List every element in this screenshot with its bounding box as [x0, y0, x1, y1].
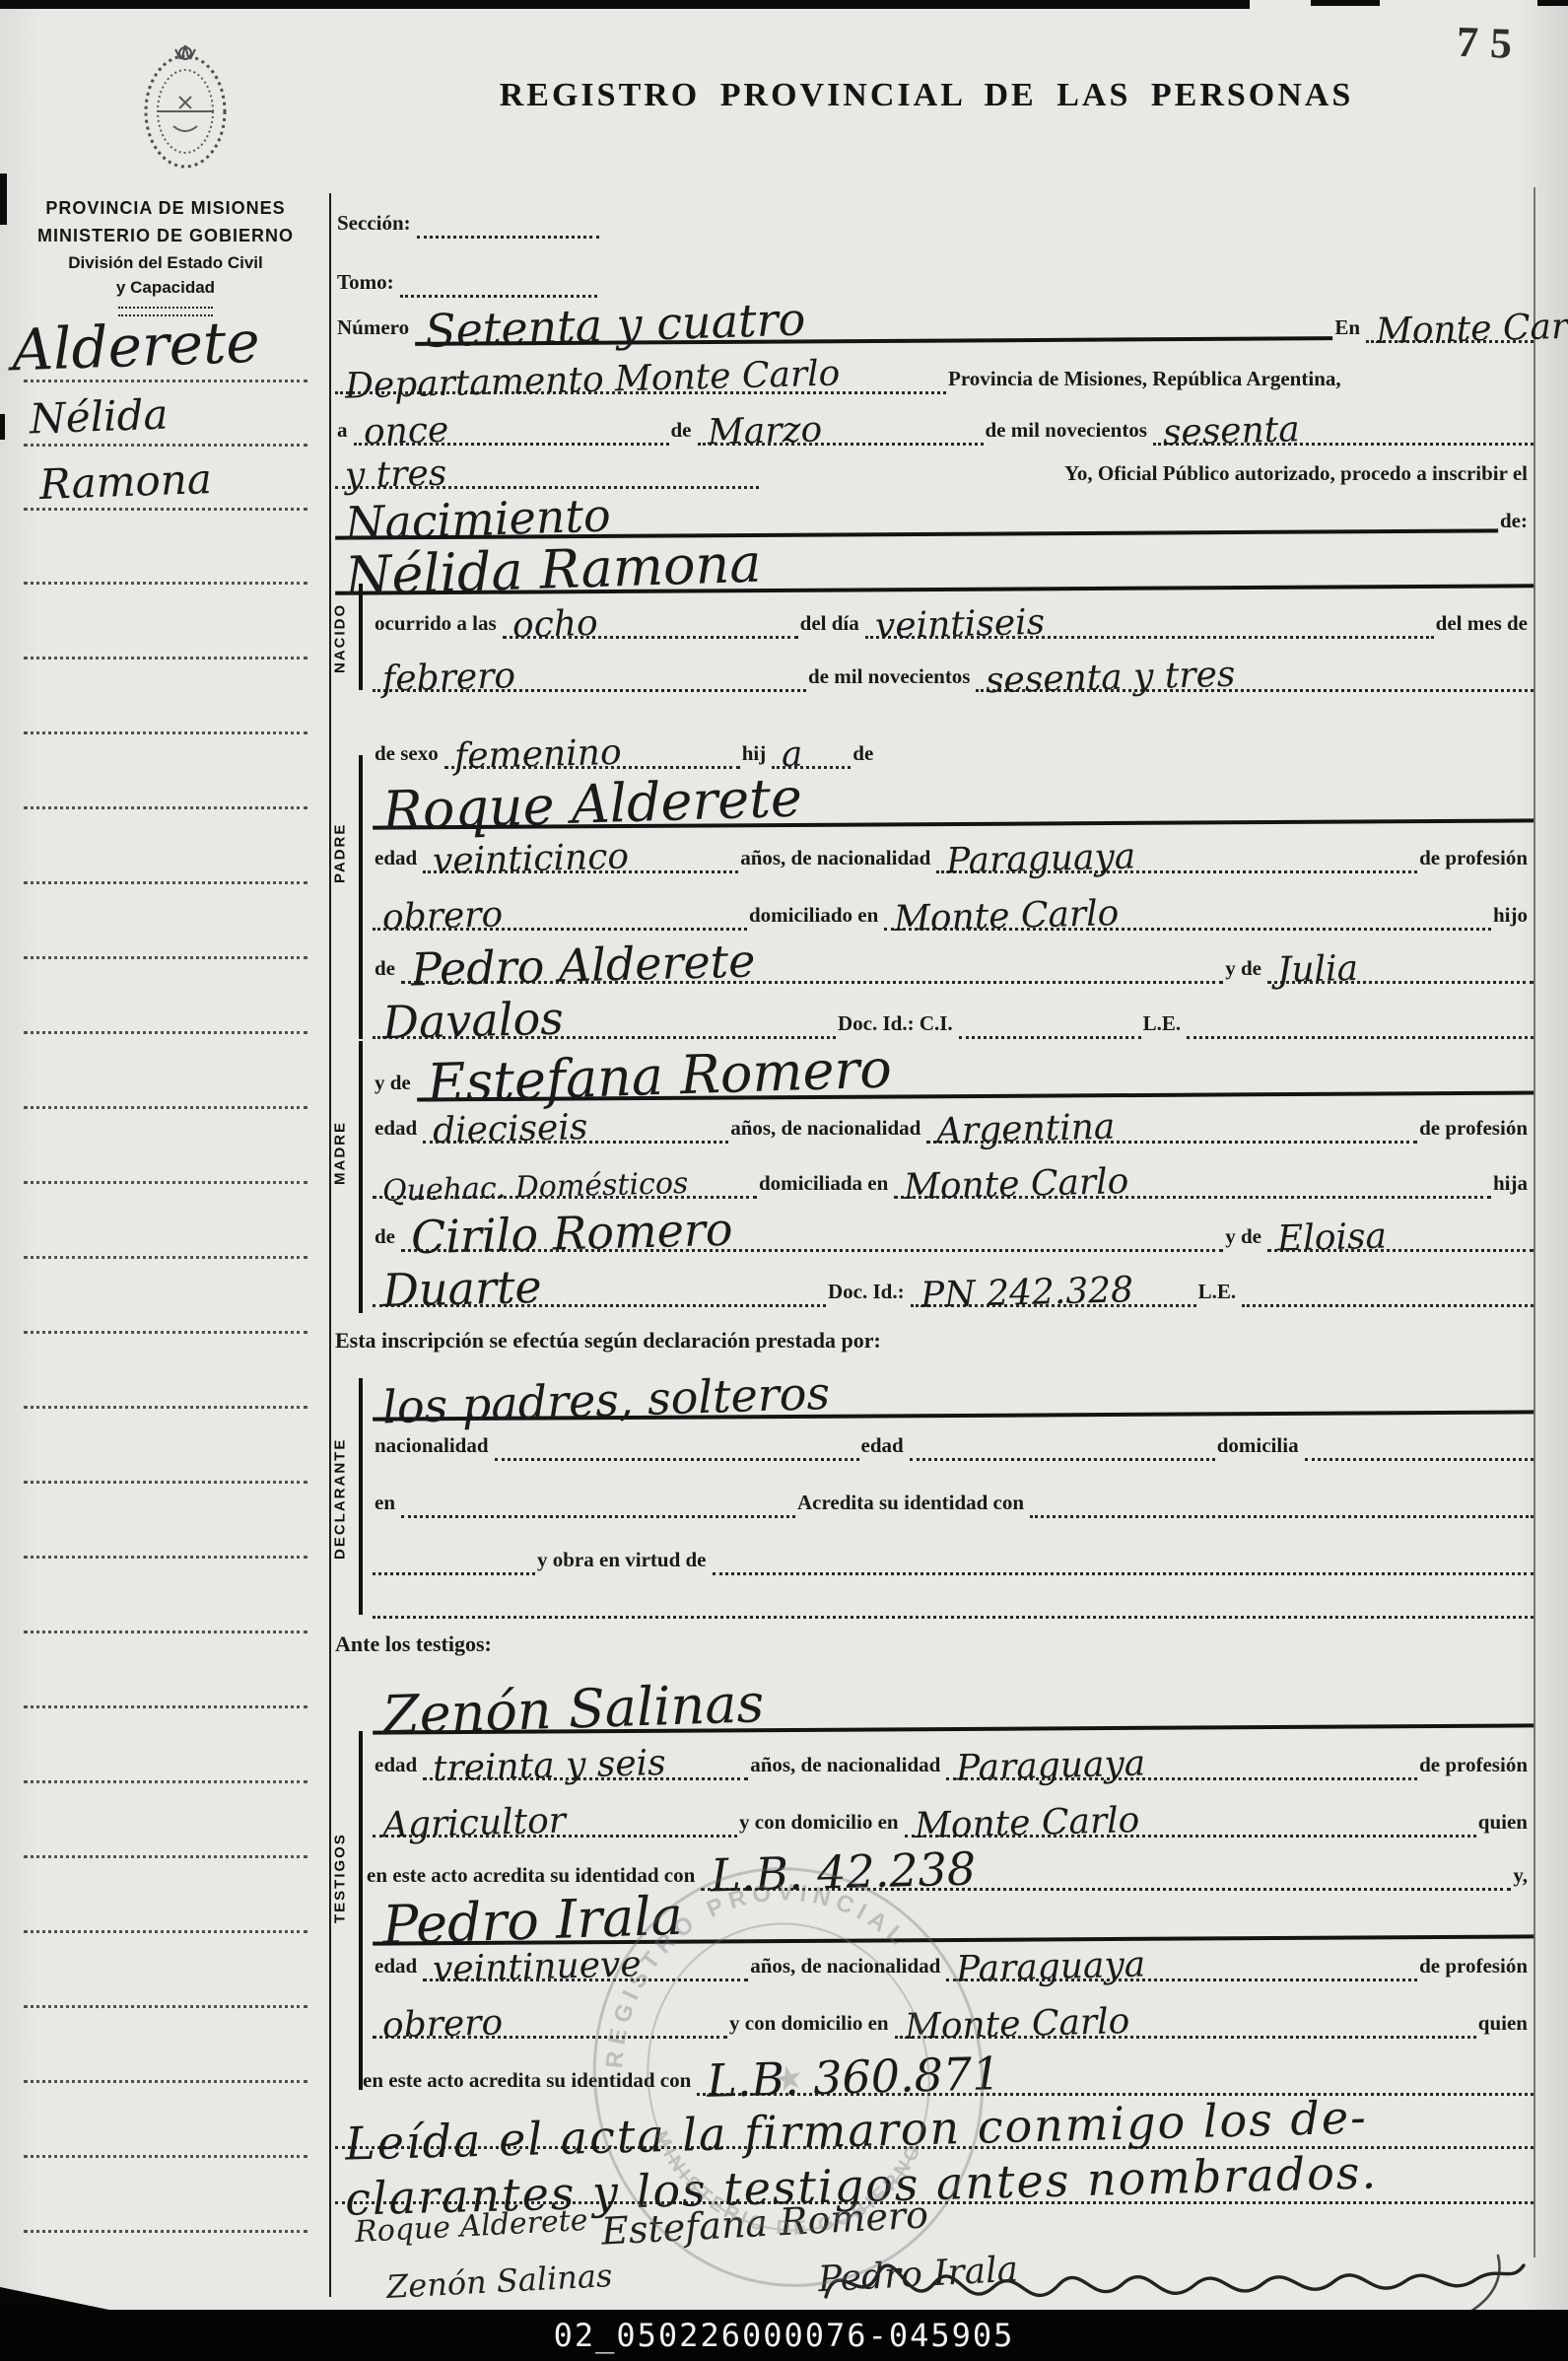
padre-nacionalidad-field: Paraguaya [936, 835, 1417, 873]
testigo1-edad-label: edad [373, 1753, 423, 1780]
testigo1-dom-field: Monte Carlo [905, 1799, 1476, 1838]
ocurrido-label: ocurrido a las [373, 611, 503, 639]
padre-nacionalidad-value: Paraguaya [946, 839, 1136, 879]
coat-of-arms-icon [136, 37, 235, 180]
mes-nac-field: febrero [373, 654, 806, 692]
margin-ruled-line [24, 582, 307, 585]
testigo1-nombre: Zenón Salinas [381, 1677, 765, 1742]
hij-suffix-field: a [772, 730, 851, 769]
abuelo-paterno-field: Pedro Alderete [401, 936, 1223, 984]
seccion-field [417, 228, 599, 239]
madre-doc-field: PN 242.328 [911, 1269, 1196, 1307]
section-label-padre: PADRE [328, 779, 352, 927]
madre-nacionalidad-value: Argentina [936, 1110, 1116, 1150]
division-line1: División del Estado Civil [18, 250, 313, 276]
de-label: de [669, 418, 698, 446]
seccion-label: Sección: [335, 211, 417, 239]
numero-field: Setenta y cuatro [415, 291, 1332, 346]
padre-edad-value: veinticinco [433, 839, 630, 879]
madre-hija-label: hija [1491, 1171, 1534, 1199]
footer-code-bar: 02_050226000076-045905 [0, 2310, 1568, 2361]
hora-field: ocho [503, 600, 798, 639]
en-value: Monte Carlo [1376, 309, 1568, 350]
abuela-materna-field-2: Duarte [373, 1259, 826, 1307]
padre-hijo-label: hijo [1491, 903, 1534, 931]
declarante-edad-label: edad [859, 1433, 910, 1461]
abuela-materna-value: Eloisa [1277, 1219, 1388, 1258]
section-bracket-padre [359, 755, 363, 1039]
padre-de-label: de [373, 956, 401, 984]
testigo1-prof-field: Agricultor [373, 1799, 737, 1838]
division-line2: y Capacidad [18, 275, 313, 301]
issuing-authority: PROVINCIA DE MISIONES MINISTERIO DE GOBI… [18, 195, 313, 316]
footer-code: 02_050226000076-045905 [554, 2317, 1015, 2354]
section-label-testigos: TESTIGOS [328, 1765, 352, 1991]
margin-ruled-line [24, 2155, 307, 2158]
margin-ruled-line [24, 2230, 307, 2233]
acredita-field [1030, 1507, 1534, 1518]
padre-profesion-value: obrero [382, 897, 504, 936]
margin-ruled-line [24, 508, 307, 511]
padre-domicilio-field: Monte Carlo [884, 892, 1491, 931]
testigos-intro-label: Ante los testigos: [333, 1632, 498, 1660]
abuelo-materno-value: Cirilo Romero [410, 1207, 733, 1261]
margin-given-name-2: Ramona [38, 458, 212, 506]
hora-value: ocho [511, 606, 598, 644]
section-bracket-madre [359, 1041, 363, 1313]
madre-profesion-value: Quehac. Domésticos [382, 1169, 689, 1207]
obra-label: y obra en virtud de [535, 1548, 713, 1575]
madre-nacionalidad-label: años, de nacionalidad [728, 1116, 926, 1144]
birth-certificate-scan: REGISTRO PROVINCIAL DE LAS PERSONAS 75 P… [0, 0, 1568, 2361]
anio-field: sesenta [1153, 407, 1534, 446]
stamp-star-icon: ★ [771, 2058, 808, 2101]
margin-ruled-line [24, 1106, 307, 1109]
margin-ruled-line [24, 1855, 307, 1858]
declarante-en-field [401, 1507, 795, 1518]
section-bracket-testigos [359, 1731, 363, 2090]
padre-domicilio-label: domiciliado en [747, 903, 884, 931]
padre-edad-field: veinticinco [423, 835, 738, 873]
padre-nacionalidad-label: años, de nacionalidad [738, 846, 936, 873]
margin-ruled-line [24, 1181, 307, 1184]
margin-surname: Alderete [11, 313, 260, 380]
margin-ruled-line [24, 956, 307, 959]
scan-edge-strip [1537, 0, 1568, 6]
madre-domicilio-value: Monte Carlo [904, 1164, 1129, 1206]
testigo1-nombre-field: Zenón Salinas [373, 1670, 1534, 1734]
margin-ruled-line [24, 1406, 307, 1409]
margin-ruled-line [24, 1631, 307, 1633]
signature-zenon-salinas: Zenón Salinas [385, 2259, 613, 2303]
scan-edge-strip [1311, 0, 1380, 6]
madre-domicilio-label: domiciliada en [757, 1171, 894, 1199]
dia-field: once [354, 407, 669, 446]
de-mil-label: de mil novecientos [984, 418, 1153, 446]
numero-value: Setenta y cuatro [425, 296, 806, 353]
obra-field [713, 1564, 1534, 1575]
declarante-en-label: en [373, 1491, 401, 1518]
testigo2-quien-label: quien [1476, 2011, 1534, 2039]
testigo1-edad-field: treinta y seis [423, 1742, 748, 1780]
testigo1-nac-label: años, de nacionalidad [748, 1753, 946, 1780]
abuela-materna-field: Eloisa [1267, 1214, 1534, 1252]
declarante-domicilia-label: domicilia [1215, 1433, 1305, 1461]
declarante-field: los padres, solteros [373, 1364, 1534, 1421]
padre-le-label: L.E. [1141, 1011, 1188, 1039]
abuelo-paterno-value: Pedro Alderete [410, 937, 755, 992]
form-right-rule [1534, 187, 1535, 2257]
testigo1-prof-value: Agricultor [382, 1804, 567, 1844]
sexo-field: femenino [444, 730, 740, 769]
margin-ruled-line [24, 1331, 307, 1334]
madre-de-label: de [373, 1224, 401, 1252]
madre-profesion-label: de profesión [1417, 1116, 1534, 1144]
dia-nac-field: veintiseis [865, 600, 1434, 639]
svg-text:MINISTERIO DE GOBIERNO: MINISTERIO DE GOBIERNO [648, 2076, 940, 2267]
ministry-name: MINISTERIO DE GOBIERNO [18, 223, 313, 250]
testigo1-edad-value: treinta y seis [433, 1746, 666, 1787]
page-number: 75 [1456, 17, 1525, 69]
margin-ruled-line [24, 380, 307, 382]
mes-nac-value: febrero [382, 659, 516, 698]
margin-ruled-line [24, 2005, 307, 2008]
testigo2-prof-label: de profesión [1417, 1954, 1534, 1981]
margin-ruled-line [24, 1256, 307, 1259]
margin-ruled-line [24, 2080, 307, 2083]
margin-ruled-line [24, 1481, 307, 1484]
margin-ruled-line [24, 1031, 307, 1034]
madre-doc-label: Doc. Id.: [826, 1280, 911, 1307]
margin-ruled-line [24, 1556, 307, 1559]
numero-label: Número [335, 315, 415, 343]
abuela-paterna-value: Julia [1277, 951, 1359, 989]
declarante-domicilia-field [1305, 1450, 1534, 1461]
madre-le-label: L.E. [1196, 1280, 1243, 1307]
anio-nac-field: sesenta y tres [976, 654, 1534, 692]
province-name: PROVINCIA DE MISIONES [18, 195, 313, 223]
margin-ruled-line [24, 806, 307, 809]
madre-le-field [1242, 1296, 1534, 1307]
madre-profesion-field: Quehac. Domésticos [373, 1166, 757, 1199]
testigo1-nac-field: Paraguaya [946, 1742, 1417, 1780]
departamento-field: Departamento Monte Carlo [335, 356, 946, 394]
margin-ruled-line [24, 731, 307, 734]
margin-ruled-line [24, 1780, 307, 1783]
testigo2-edad-label: edad [373, 1954, 423, 1981]
en-label: En [1332, 315, 1366, 343]
del-dia-label: del día [798, 611, 865, 639]
padre-doc-label: Doc. Id.: C.I. [836, 1011, 959, 1039]
en-field: Monte Carlo [1366, 305, 1534, 343]
testigo1-nac-value: Paraguaya [956, 1746, 1146, 1786]
declarante-extra-field [373, 1608, 1534, 1619]
abuela-materna-value-2: Duarte [381, 1264, 542, 1313]
margin-ruled-line [24, 1930, 307, 1933]
declarante-nacionalidad-label: nacionalidad [373, 1433, 495, 1461]
madre-nacionalidad-field: Argentina [926, 1105, 1417, 1144]
section-bracket-declarante [359, 1378, 363, 1615]
madre-intro-label: y de [373, 1071, 417, 1098]
provincia-label: Provincia de Misiones, República Argenti… [946, 367, 1347, 394]
anio-field-2: y tres [335, 451, 759, 489]
del-mes-label: del mes de [1434, 611, 1534, 639]
madre-nombre-field: Estefana Romero [417, 1038, 1534, 1102]
declarante-nacionalidad-field [495, 1450, 859, 1461]
abuela-paterna-field-2: Davalos [373, 991, 836, 1039]
padre-profesion-field: obrero [373, 892, 747, 931]
madre-edad-value: dieciseis [433, 1110, 588, 1149]
testigo1-quien-label: quien [1476, 1810, 1534, 1838]
page-title: REGISTRO PROVINCIAL DE LAS PERSONAS [414, 77, 1439, 114]
padre-y-de-label: y de [1223, 956, 1267, 984]
madre-domicilio-field: Monte Carlo [894, 1160, 1491, 1199]
abuela-paterna-field: Julia [1267, 945, 1534, 984]
testigo1-prof-label: de profesión [1417, 1753, 1534, 1780]
anio-nac-value: sesenta y tres [986, 658, 1236, 700]
margin-ruled-line [24, 1705, 307, 1708]
mes-field: Marzo [698, 407, 984, 446]
madre-y-de-label: y de [1223, 1224, 1267, 1252]
testigo2-nac-field: Paraguaya [946, 1943, 1417, 1981]
section-label-madre: MADRE [328, 1079, 352, 1227]
stamp-arc-bottom: MINISTERIO DE GOBIERNO [648, 2076, 940, 2267]
margin-ruled-line [24, 657, 307, 660]
obra-pre-field [373, 1564, 535, 1575]
padre-edad-label: edad [373, 846, 423, 873]
scan-edge-mark [0, 414, 5, 440]
acredita-label: Acredita su identidad con [795, 1491, 1030, 1518]
madre-edad-label: edad [373, 1116, 423, 1144]
inscripto-name-field: Nélida Ramona [335, 530, 1534, 594]
declarante-edad-field [910, 1450, 1215, 1461]
padre-nombre-field: Roque Alderete [373, 765, 1534, 829]
testigo2-prof-value: obrero [382, 2005, 504, 2044]
de-mil-nac-label: de mil novecientos [806, 664, 976, 692]
margin-given-name-1: Nélida [29, 394, 169, 441]
abuelo-materno-field: Cirilo Romero [401, 1204, 1223, 1252]
madre-edad-field: dieciseis [423, 1105, 728, 1144]
padre-profesion-label: de profesión [1417, 846, 1534, 873]
padre-domicilio-value: Monte Carlo [894, 896, 1120, 937]
margin-ruled-line [24, 881, 307, 884]
section-label-declarante: DECLARANTE [328, 1400, 352, 1597]
scan-edge-strip [0, 0, 1250, 9]
margin-ruled-line [24, 444, 307, 447]
madre-doc-value: PN 242.328 [920, 1273, 1133, 1314]
dia-nac-value: veintiseis [874, 605, 1045, 645]
declaracion-intro-label: Esta inscripción se efectúa según declar… [333, 1328, 887, 1356]
scan-edge-mark [0, 174, 7, 225]
a-label: a [335, 418, 354, 446]
